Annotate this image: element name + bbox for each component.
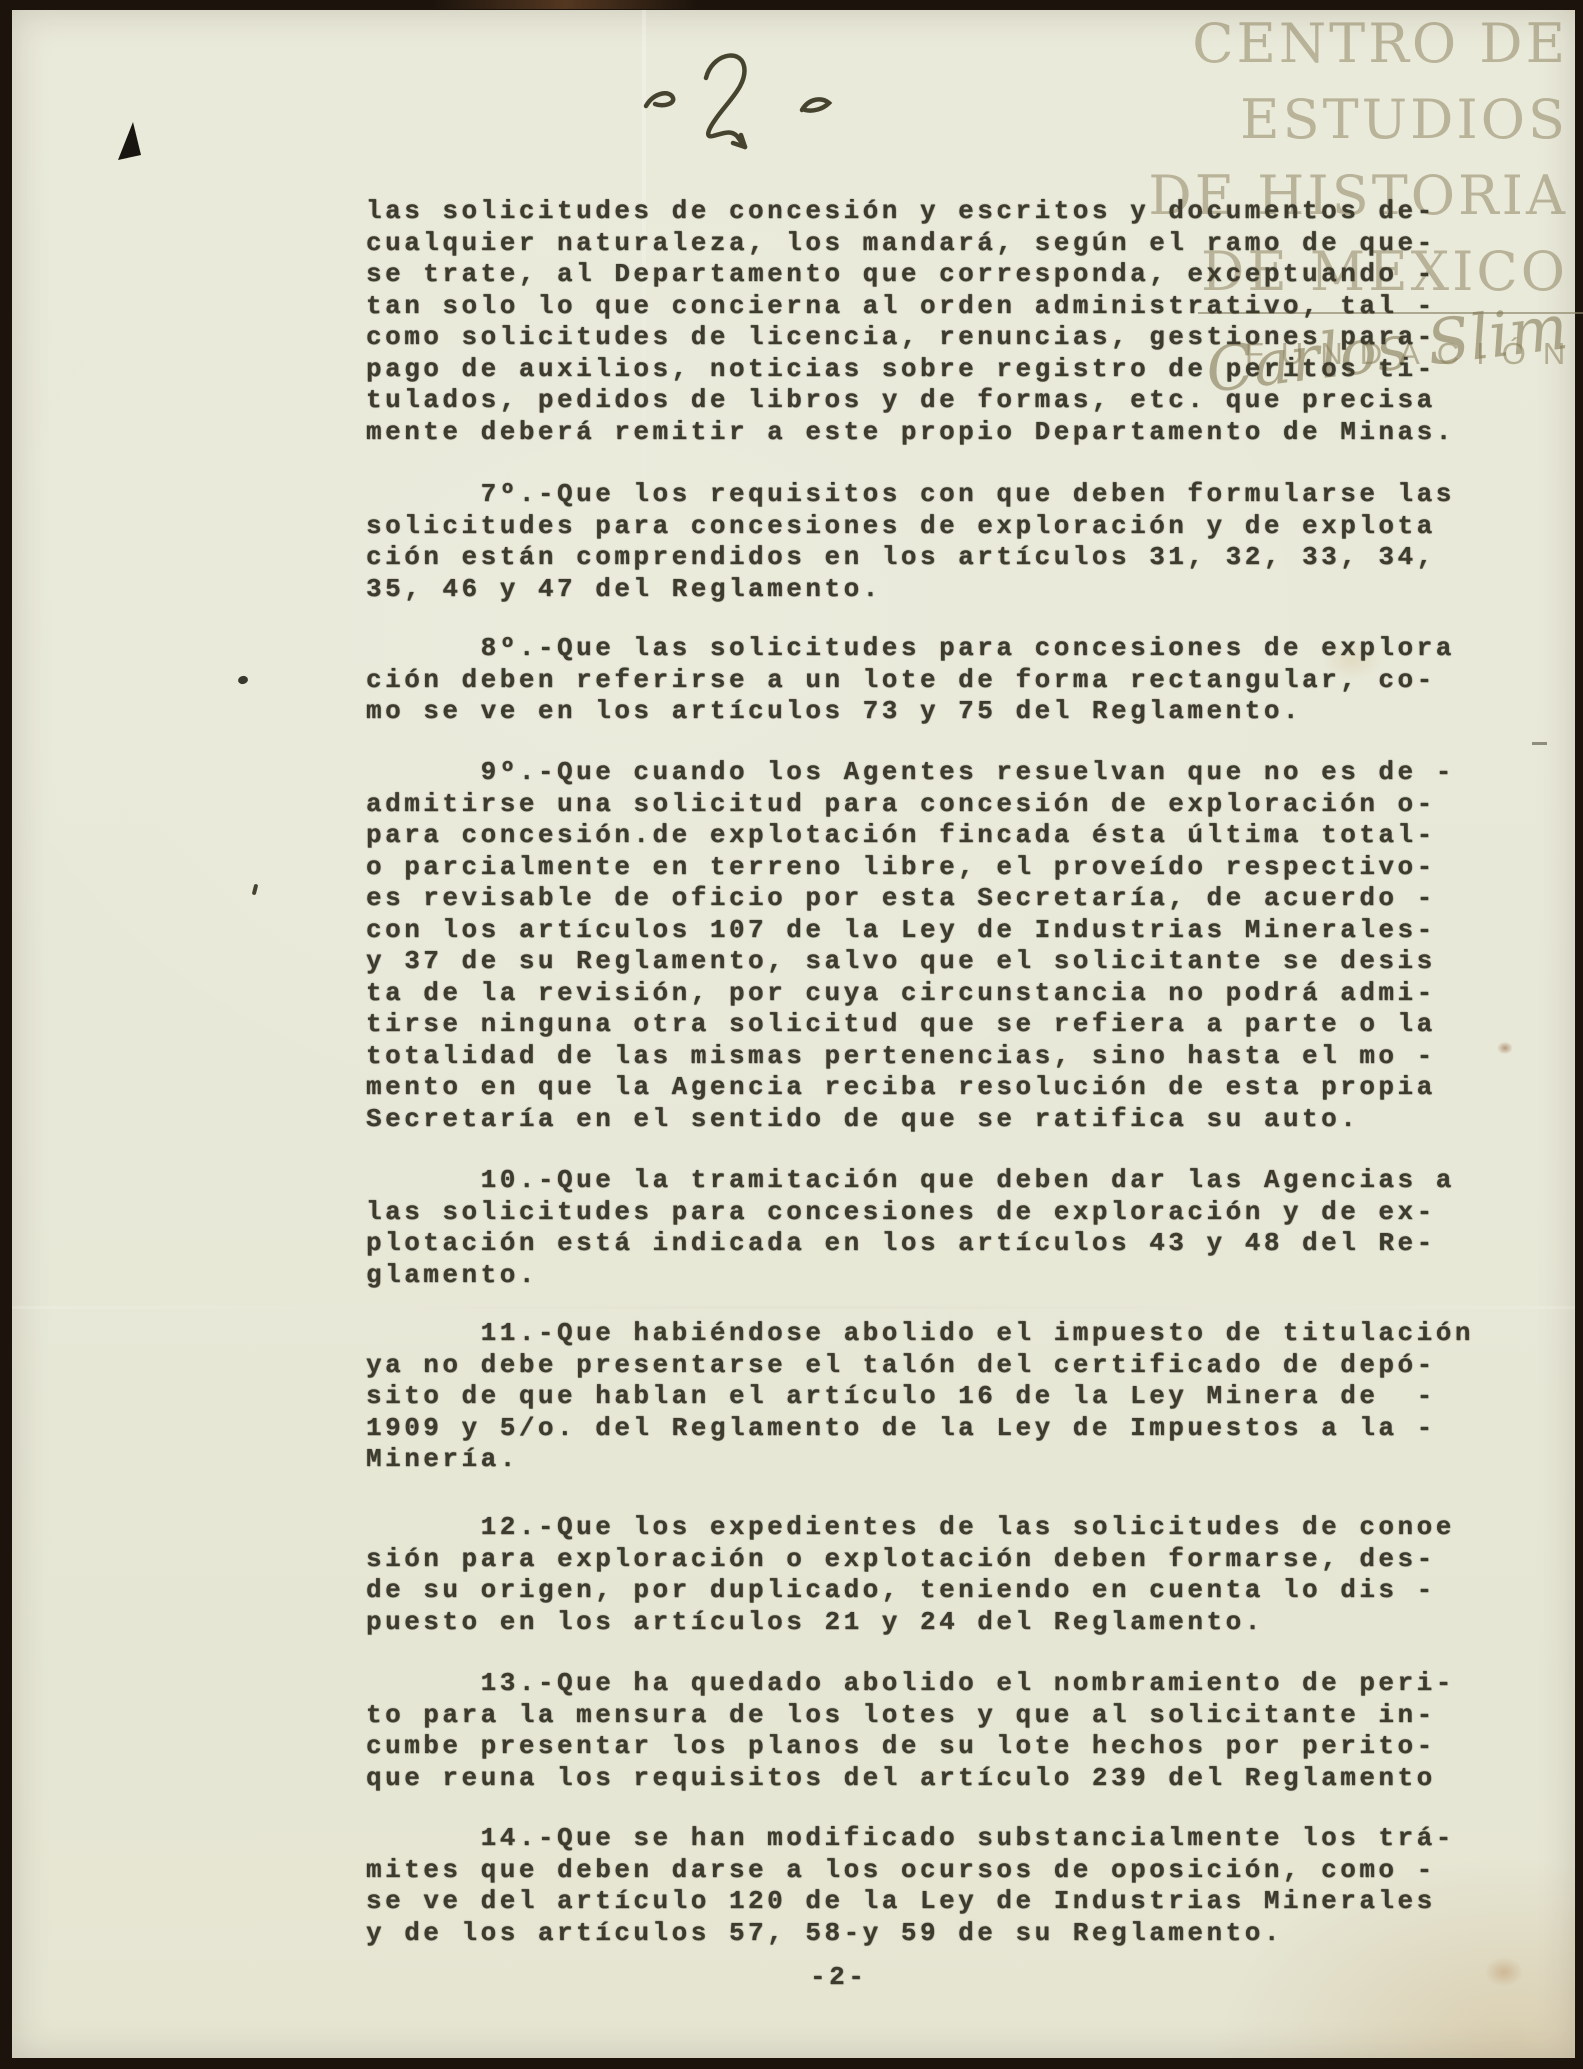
typed-paragraph-14: 14.-Que se han modificado substancialmen… [366,1823,1455,1949]
typed-paragraph-7: 7º.-Que los requisitos con que deben for… [366,479,1455,605]
page-number-footer: -2- [810,1962,867,1994]
typed-paragraph-8: 8º.-Que las solicitudes para concesiones… [366,633,1455,728]
typed-paragraph-10: 10.-Que la tramitación que deben dar las… [366,1165,1455,1291]
watermark-line: ESTUDIOS [928,82,1568,158]
typed-paragraph-11: 11.-Que habiéndose abolido el impuesto d… [366,1318,1474,1476]
watermark-line: CENTRO DE [928,6,1568,82]
handwritten-page-number [630,40,860,160]
scan-edge-streak [430,0,700,9]
scanned-document-page: CENTRO DE ESTUDIOS DE HISTORIA DE MEXICO… [0,0,1583,2069]
paper-crease-horizontal [12,1306,1575,1309]
pen-tilde-left [646,93,673,106]
margin-dash-mark [1532,742,1547,745]
typed-paragraph-intro: las solicitudes de concesión y escritos … [366,196,1455,448]
typed-paragraph-12: 12.-Que los expedientes de las solicitud… [366,1512,1455,1638]
pen-numeral-2 [706,56,745,147]
typed-paragraph-13: 13.-Que ha quedado abolido el nombramien… [366,1668,1455,1794]
pen-tilde-right [802,99,829,110]
typed-paragraph-9: 9º.-Que cuando los Agentes resuelvan que… [366,757,1455,1135]
punch-hole-mark [110,115,155,170]
